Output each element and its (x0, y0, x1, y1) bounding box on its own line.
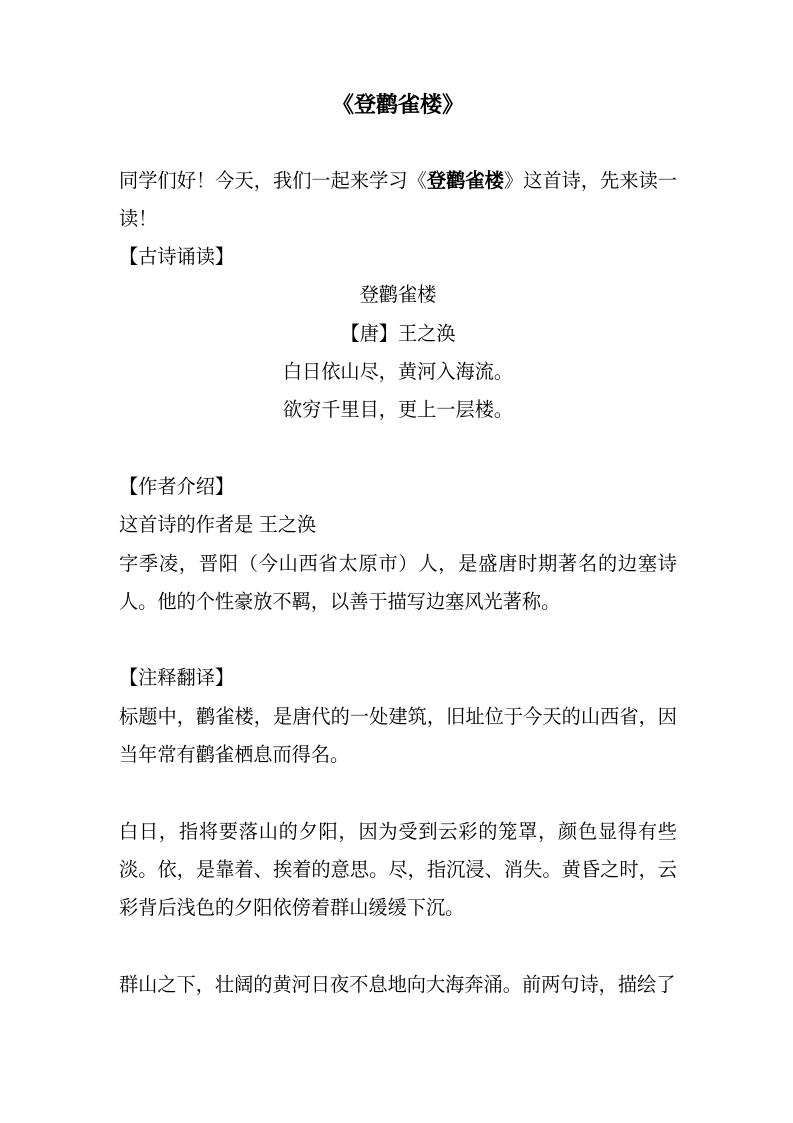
note-bairi-paragraph: 白日，指将要落山的夕阳，因为受到云彩的笼罩，颜色显得有些淡。依，是靠着、挨着的意… (119, 814, 677, 929)
author-section-label: 【作者介绍】 (119, 469, 677, 507)
blank-line (119, 775, 677, 813)
notes-section-label: 【注释翻译】 (119, 660, 677, 698)
document-page: 《登鹳雀楼》 同学们好！今天，我们一起来学习《登鹳雀楼》这首诗，先来读一读！ 【… (0, 0, 793, 1123)
author-bio-paragraph: 字季凌，晋阳（今山西省太原市）人，是盛唐时期著名的边塞诗人。他的个性豪放不羁，以… (119, 546, 677, 623)
poem-title: 登鹳雀楼 (119, 277, 677, 315)
intro-poem-name-bold: 登鹳雀楼 (427, 171, 504, 192)
poem-line-2: 欲穷千里目，更上一层楼。 (119, 392, 677, 430)
intro-paragraph: 同学们好！今天，我们一起来学习《登鹳雀楼》这首诗，先来读一读！ (119, 163, 677, 240)
note-mountains-paragraph: 群山之下，壮阔的黄河日夜不息地向大海奔涌。前两句诗，描绘了 (119, 967, 677, 1005)
blank-line (119, 929, 677, 967)
poem-author: 【唐】王之涣 (119, 316, 677, 354)
recite-section-label: 【古诗诵读】 (119, 239, 677, 277)
blank-line (119, 622, 677, 660)
page-title: 《登鹳雀楼》 (119, 86, 677, 124)
author-lead-line: 这首诗的作者是 王之涣 (119, 507, 677, 545)
poem-line-1: 白日依山尽，黄河入海流。 (119, 354, 677, 392)
intro-text-before: 同学们好！今天，我们一起来学习《 (119, 171, 427, 192)
note-title-paragraph: 标题中，鹳雀楼，是唐代的一处建筑，旧址位于今天的山西省，因当年常有鹳雀栖息而得名… (119, 699, 677, 776)
blank-line (119, 124, 677, 162)
blank-line (119, 431, 677, 469)
